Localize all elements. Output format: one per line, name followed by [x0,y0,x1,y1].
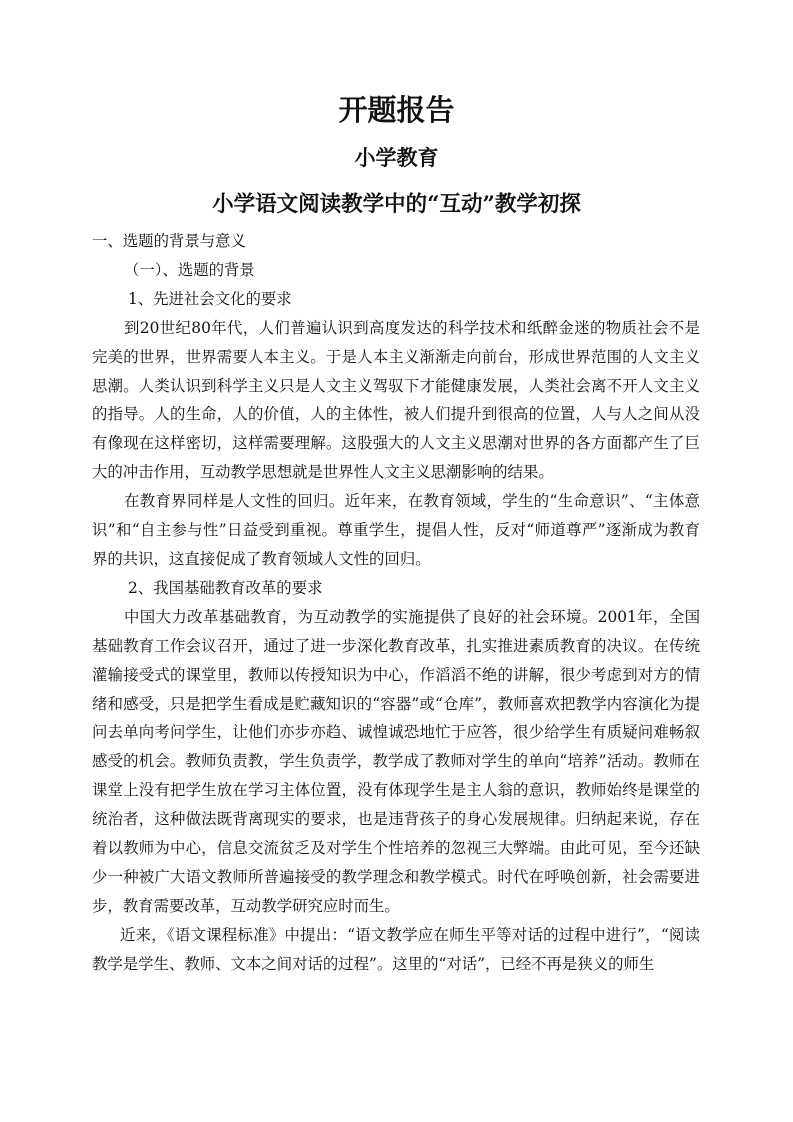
paragraph-4: 近来，《语文课程标准》中提出：“语文教学应在师生平等对话的过程中进行”，“阅读教… [92,921,700,979]
subsection-heading: （一）、选题的背景 [92,256,700,285]
section-heading-1: 一、选题的背景与意义 [92,227,700,256]
point-heading-1: 1、先进社会文化的要求 [92,285,700,314]
thesis-title: 小学语文阅读教学中的“互动”教学初探 [0,190,793,220]
paragraph-1: 到20世纪80年代，人们普遍认识到高度发达的科学技术和纸醉金迷的物质社会不是完美… [92,314,700,487]
document-page: 开题报告 小学教育 小学语文阅读教学中的“互动”教学初探 一、选题的背景与意义 … [0,0,793,1122]
document-body: 一、选题的背景与意义 （一）、选题的背景 1、先进社会文化的要求 到20世纪80… [92,227,700,979]
paragraph-2: 在教育界同样是人文性的回归。近年来，在教育领域，学生的“生命意识”、“主体意识”… [92,487,700,574]
document-title: 开题报告 [0,92,793,128]
point-heading-2: 2、我国基础教育改革的要求 [92,574,700,603]
paragraph-3: 中国大力改革基础教育，为互动教学的实施提供了良好的社会环境。2001年，全国基础… [92,603,700,921]
document-subtitle: 小学教育 [0,144,793,172]
